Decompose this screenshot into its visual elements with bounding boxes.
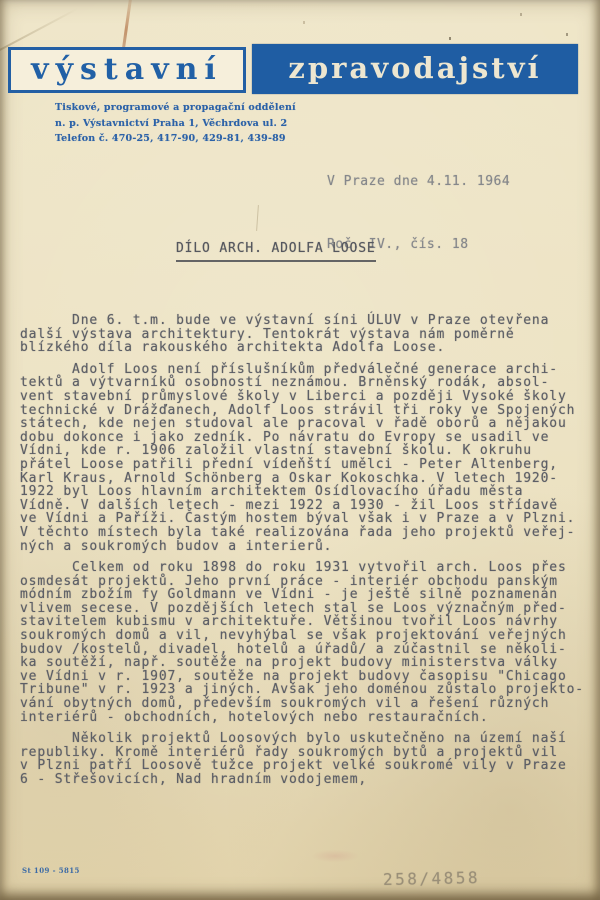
pencil-archive-number: 258/4858 <box>383 868 480 889</box>
date-block: V Praze dne 4.11. 1964 Roč. IV., čís. 18 <box>327 129 510 297</box>
paragraph-biography: Adolf Loos není příslušníkům předválečné… <box>20 363 586 553</box>
faint-crease <box>256 205 259 231</box>
paragraph-intro: Dne 6. t.m. bude ve výstavní síni ÚLUV v… <box>20 314 586 355</box>
scanned-page: výstavní zpravodajství Tiskové, programo… <box>0 0 600 900</box>
masthead-title-left: výstavní <box>31 52 223 87</box>
address-line-department: Tiskové, programové a propagační oddělen… <box>55 100 296 116</box>
masthead-title-right: zpravodajství <box>288 51 541 85</box>
masthead-title-box: výstavní <box>8 47 246 93</box>
print-code: St 109 - 5815 <box>22 866 80 875</box>
document-body: Dne 6. t.m. bude ve výstavní síni ÚLUV v… <box>20 314 586 795</box>
document-title: DÍLO ARCH. ADOLFA LOOSE <box>176 241 376 262</box>
address-line-street: n. p. Výstavnictví Praha 1, Věchrdova ul… <box>55 116 296 132</box>
masthead-banner: zpravodajství <box>252 44 578 94</box>
ink-specks <box>0 0 2 3</box>
date-line: V Praze dne 4.11. 1964 <box>327 171 510 192</box>
paragraph-works: Celkem od roku 1898 do roku 1931 vytvoři… <box>20 561 586 724</box>
paragraph-czech-projects: Několik projektů Loosových bylo uskutečn… <box>20 732 586 786</box>
publisher-address: Tiskové, programové a propagační oddělen… <box>55 100 296 147</box>
address-line-phone: Telefon č. 470-25, 417-90, 429-81, 439-8… <box>55 131 296 147</box>
smudge-stain <box>305 848 365 864</box>
